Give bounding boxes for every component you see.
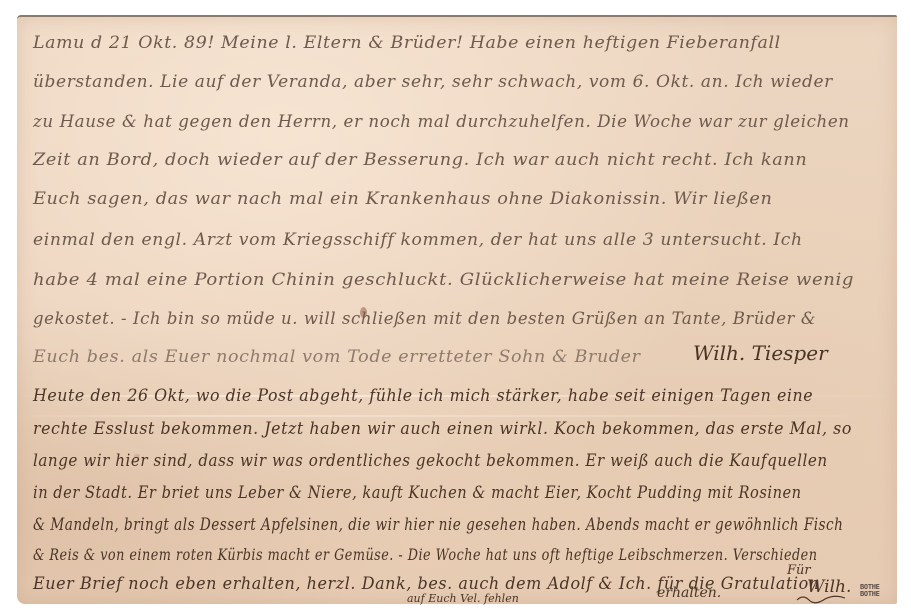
letter-line: Euch bes. als Euer nochmal vom Tode erre… bbox=[33, 347, 641, 367]
closing-text: Für bbox=[787, 563, 811, 578]
letter-line: & Mandeln, bringt als Dessert Apfelsinen… bbox=[33, 515, 843, 535]
letter-line: Zeit an Bord, doch wieder auf der Besser… bbox=[33, 150, 807, 170]
signature-first: Wilh. Tiesper bbox=[693, 341, 828, 365]
closing-word: erhalten. bbox=[657, 585, 721, 601]
letter-paper: Lamu d 21 Okt. 89! Meine l. Eltern & Brü… bbox=[17, 15, 897, 604]
letter-line: rechte Esslust bekommen. Jetzt haben wir… bbox=[33, 419, 852, 439]
letter-line: zu Hause & hat gegen den Herrn, er noch … bbox=[33, 112, 850, 132]
letter-line: Euch sagen, das war nach mal ein Kranken… bbox=[33, 189, 772, 209]
interlinear-note: auf Euch Vel. fehlen bbox=[407, 592, 519, 605]
letter-line: Lamu d 21 Okt. 89! Meine l. Eltern & Brü… bbox=[33, 33, 781, 53]
letter-line: überstanden. Lie auf der Veranda, aber s… bbox=[33, 72, 833, 92]
letter-line: & Reis & von einem roten Kürbis macht er… bbox=[33, 545, 817, 564]
letter-line: in der Stadt. Er briet uns Leber & Niere… bbox=[33, 483, 802, 503]
letter-line: habe 4 mal eine Portion Chinin geschluck… bbox=[33, 270, 854, 290]
letter-line: gekostet. - Ich bin so müde u. will schl… bbox=[33, 309, 816, 329]
paper-crease bbox=[17, 415, 897, 417]
archive-stamp: BOTHE BOTHE bbox=[860, 584, 894, 598]
letter-line: lange wir hier sind, dass wir was ordent… bbox=[33, 451, 828, 471]
letter-line: Heute den 26 Okt, wo die Post abgeht, fü… bbox=[33, 386, 813, 406]
stamp-line: BOTHE bbox=[860, 591, 894, 598]
signature-flourish-icon bbox=[795, 592, 847, 604]
letter-line: einmal den engl. Arzt vom Kriegsschiff k… bbox=[33, 230, 803, 250]
